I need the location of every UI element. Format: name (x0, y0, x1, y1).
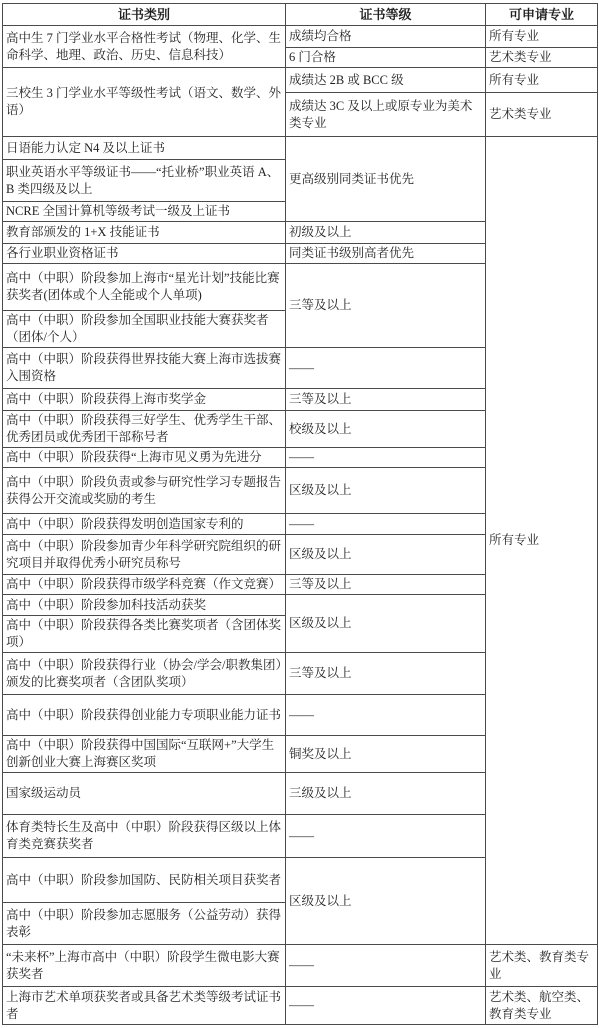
certificate-table: 证书类别 证书等级 可申请专业 高中生 7 门学业水平合格性考试（物理、化学、生… (2, 3, 598, 1025)
level-cell: 成绩达 3C 及以上或原专业为美术类专业 (286, 93, 486, 137)
category-cell: 教育部颁发的 1+X 技能证书 (3, 222, 286, 244)
category-cell: 高中（中职）阶段参加国防、民防相关项目获奖者 (3, 858, 286, 903)
level-cell: 校级及以上 (286, 411, 486, 448)
majors-cell: 艺术类、航空类、教育类专业 (486, 987, 598, 1025)
header-applicable-majors: 可申请专业 (486, 4, 598, 26)
category-cell: 高中（中职）阶段获得市级学科竞赛（作文竞赛） (3, 575, 286, 595)
level-cell: 三等及以上 (286, 389, 486, 411)
level-cell: 初级及以上 (286, 222, 486, 244)
level-cell: 区级及以上 (286, 858, 486, 945)
level-cell: 区级及以上 (286, 535, 486, 575)
category-cell: 高中（中职）阶段负责或参与研究性学习专题报告获得公开交流或奖励的考生 (3, 468, 286, 514)
category-cell: 高中（中职）阶段参加青少年科学研究院组织的研究项目并取得优秀小研究员称号 (3, 535, 286, 575)
category-cell: 高中（中职）阶段参加志愿服务（公益劳动）获得表彰 (3, 903, 286, 945)
majors-cell: 所有专业 (486, 68, 598, 93)
category-cell: 高中（中职）阶段获得世界技能大赛上海市选拔赛入围资格 (3, 348, 286, 389)
document-page: 证书类别 证书等级 可申请专业 高中生 7 门学业水平合格性考试（物理、化学、生… (0, 0, 599, 1028)
table-row: 高中生 7 门学业水平合格性考试（物理、化学、生命科学、地理、政治、历史、信息科… (3, 26, 598, 48)
level-cell: —— (286, 987, 486, 1025)
level-cell: 三等及以上 (286, 575, 486, 595)
majors-cell: 艺术类专业 (486, 93, 598, 137)
majors-cell: 所有专业 (486, 137, 598, 945)
category-cell: 日语能力认定 N4 及以上证书 (3, 137, 286, 160)
category-cell: 高中生 7 门学业水平合格性考试（物理、化学、生命科学、地理、政治、历史、信息科… (3, 26, 286, 68)
category-cell: 上海市艺术单项获奖者或具备艺术类等级考试证书者 (3, 987, 286, 1025)
category-cell: “未来杯”上海市高中（中职）阶段学生微电影大赛获奖者 (3, 945, 286, 987)
level-cell: 更高级别同类证书优先 (286, 137, 486, 222)
majors-cell: 所有专业 (486, 26, 598, 48)
category-cell: 高中（中职）阶段获得中国国际“互联网+”大学生创新创业大赛上海赛区奖项 (3, 736, 286, 773)
level-cell: 成绩均合格 (286, 26, 486, 48)
category-cell: 高中（中职）阶段参加科技活动获奖 (3, 595, 286, 616)
majors-cell: 艺术类专业 (486, 48, 598, 68)
category-cell: 高中（中职）阶段获得创业能力专项职业能力证书 (3, 695, 286, 736)
category-cell: 高中（中职）阶段参加上海市“星光计划”技能比赛获奖者(团体或个人全能或个人单项) (3, 264, 286, 311)
level-cell: 三等及以上 (286, 264, 486, 348)
table-row: “未来杯”上海市高中（中职）阶段学生微电影大赛获奖者——艺术类、教育类专业 (3, 945, 598, 987)
header-row: 证书类别 证书等级 可申请专业 (3, 4, 598, 26)
level-cell: 区级及以上 (286, 595, 486, 653)
level-cell: 铜奖及以上 (286, 736, 486, 773)
category-cell: 高中（中职）阶段获得“上海市见义勇为先进分 (3, 448, 286, 468)
level-cell: 成绩达 2B 或 BCC 级 (286, 68, 486, 93)
category-cell: 国家级运动员 (3, 773, 286, 815)
table-row: 三校生 3 门学业水平等级性考试（语文、数学、外语）成绩达 2B 或 BCC 级… (3, 68, 598, 93)
header-certificate-level: 证书等级 (286, 4, 486, 26)
category-cell: 高中（中职）阶段获得行业（协会/学会/职教集团）颁发的比赛奖项者（含团队奖项） (3, 653, 286, 695)
category-cell: 体育类特长生及高中（中职）阶段获得区级以上体育类竞赛获奖者 (3, 815, 286, 858)
level-cell: —— (286, 348, 486, 389)
level-cell: 三级及以上 (286, 773, 486, 815)
level-cell: —— (286, 815, 486, 858)
level-cell: —— (286, 945, 486, 987)
level-cell: 区级及以上 (286, 468, 486, 514)
level-cell: —— (286, 448, 486, 468)
category-cell: 高中（中职）阶段获得各类比赛奖项者（含团体奖项） (3, 616, 286, 653)
category-cell: 高中（中职）阶段获得发明创造国家专利的 (3, 514, 286, 535)
level-cell: 同类证书级别高者优先 (286, 244, 486, 264)
category-cell: 职业英语水平等级证书——“托业桥”职业英语 A、B 类四级及以上 (3, 160, 286, 202)
category-cell: 高中（中职）阶段获得三好学生、优秀学生干部、优秀团员或优秀团干部称号者 (3, 411, 286, 448)
level-cell: —— (286, 695, 486, 736)
table-row: 日语能力认定 N4 及以上证书更高级别同类证书优先所有专业 (3, 137, 598, 160)
category-cell: NCRE 全国计算机等级考试一级及上证书 (3, 202, 286, 222)
category-cell: 三校生 3 门学业水平等级性考试（语文、数学、外语） (3, 68, 286, 137)
level-cell: —— (286, 514, 486, 535)
category-cell: 高中（中职）阶段参加全国职业技能大赛获奖者（团体/个人） (3, 311, 286, 348)
majors-cell: 艺术类、教育类专业 (486, 945, 598, 987)
level-cell: 三等及以上 (286, 653, 486, 695)
table-row: 上海市艺术单项获奖者或具备艺术类等级考试证书者——艺术类、航空类、教育类专业 (3, 987, 598, 1025)
table-body: 高中生 7 门学业水平合格性考试（物理、化学、生命科学、地理、政治、历史、信息科… (3, 26, 598, 1025)
category-cell: 各行业职业资格证书 (3, 244, 286, 264)
category-cell: 高中（中职）阶段获得上海市奖学金 (3, 389, 286, 411)
header-certificate-category: 证书类别 (3, 4, 286, 26)
level-cell: 6 门合格 (286, 48, 486, 68)
